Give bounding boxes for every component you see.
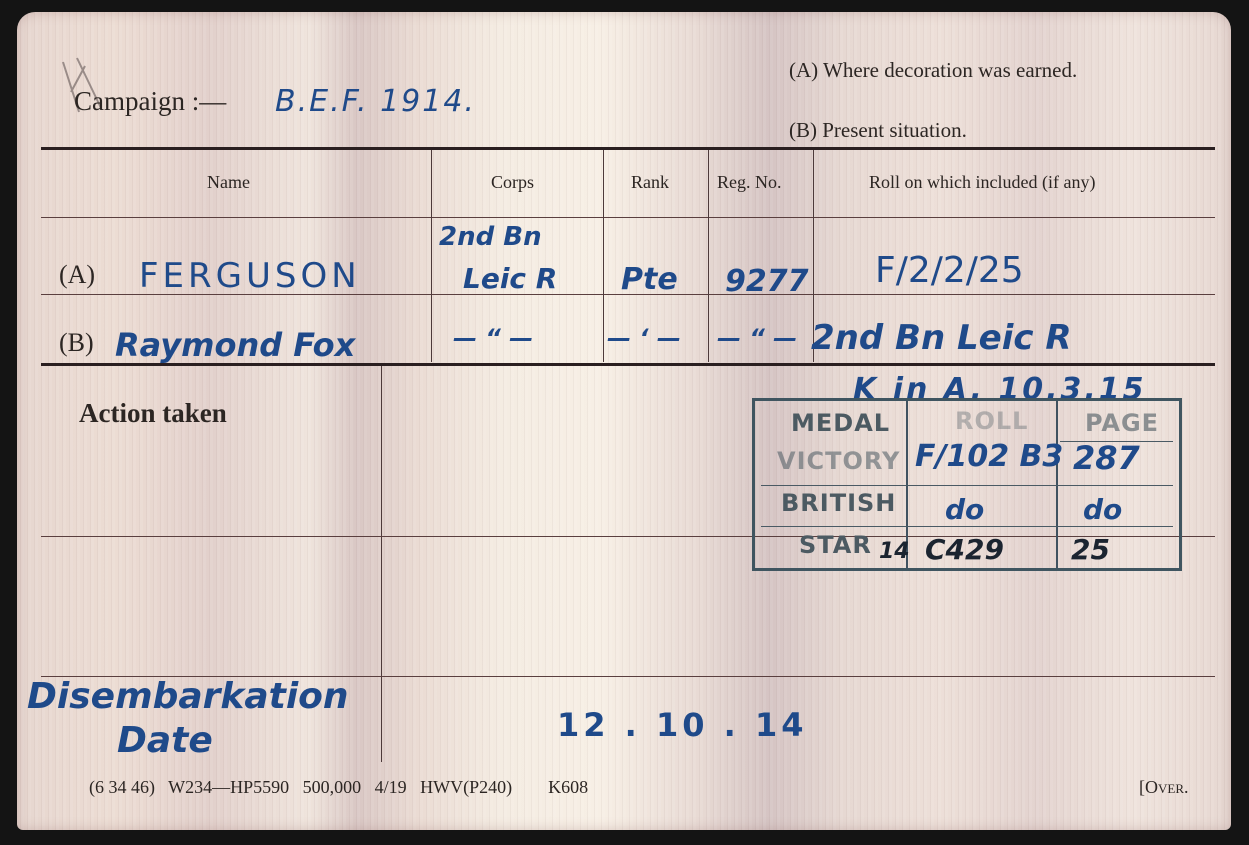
row-b-rank: — ‘ — [607,324,681,352]
header-bottom-rule [41,217,1215,218]
header-regno: Reg. No. [717,172,782,193]
lower-col-divider [381,366,382,762]
footer-over: [Over. [1139,777,1189,798]
row-b-present-situation: 2nd Bn Leic R [811,318,1072,358]
stamp-medal-star: STAR [799,531,872,559]
stamp-roll-british: do [945,493,984,526]
stamp-page-star: 25 [1071,533,1110,566]
row-b-name: Raymond Fox [115,326,355,364]
table-top-rule [41,147,1215,150]
stamp-header-roll: ROLL [955,407,1028,435]
header-corps: Corps [491,172,534,193]
col-divider-rank [708,150,709,362]
stamp-roll-star: C429 [925,533,1004,566]
row-b-corps: — “ — [453,324,533,352]
header-roll: Roll on which included (if any) [869,172,1095,193]
medal-roll-stamp: MEDAL ROLL PAGE VICTORY BRITISH STAR 14 … [752,398,1182,571]
stamp-star-suffix: 14 [879,539,910,564]
campaign-label: Campaign :— [74,86,226,117]
row-a-name: FERGUSON [139,256,361,296]
row-a-roll: F/2/2/25 [875,250,1024,291]
campaign-value: B.E.F. 1914. [275,84,476,119]
row-b-prefix: (B) [59,328,94,358]
row-a-rank: Pte [621,262,678,297]
disembarkation-label-line2: Date [117,720,213,761]
stamp-header-page: PAGE [1085,409,1159,437]
stamp-rule-2 [761,526,1173,527]
stamp-medal-british: BRITISH [781,489,896,517]
stamp-rule-1 [761,485,1173,486]
col-divider-name [431,150,432,362]
legend-a: (A) Where decoration was earned. [789,58,1077,83]
col-divider-corps [603,150,604,362]
action-taken-label: Action taken [79,398,227,429]
stamp-medal-victory: VICTORY [777,447,900,475]
legend-b: (B) Present situation. [789,118,967,143]
header-name: Name [207,172,250,193]
stamp-roll-victory: F/102 B3 [915,439,1063,474]
footer-print-codes: (6 34 46) W234—HP5590 500,000 4/19 HWV(P… [89,777,588,798]
disembarkation-label-line1: Disembarkation [27,676,349,717]
row-b-regno: — “ — [717,324,797,352]
stamp-page-victory: 287 [1073,439,1140,477]
row-a-corps-line1: 2nd Bn [439,222,542,252]
row-a-corps-line2: Leic R [463,262,557,295]
row-a-prefix: (A) [59,260,95,290]
stamp-header-medal: MEDAL [791,409,890,437]
disembarkation-date: 12 . 10 . 14 [557,706,807,744]
stamp-page-british: do [1083,493,1122,526]
row-a-regno: 9277 [725,264,809,299]
header-rank: Rank [631,172,669,193]
